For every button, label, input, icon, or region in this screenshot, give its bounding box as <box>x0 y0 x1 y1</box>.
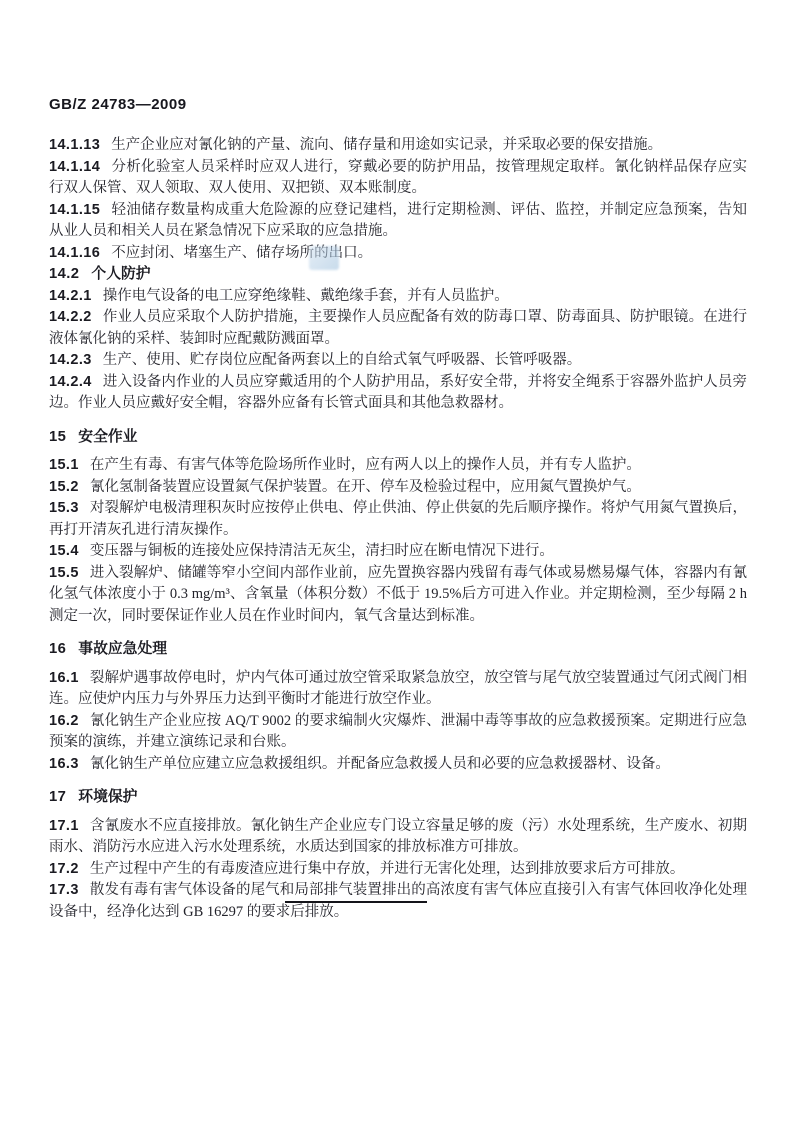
clause-text: 操作电气设备的电工应穿绝缘鞋、戴绝缘手套，并有人员监护。 <box>103 288 509 304</box>
clause-text: 氰化钠生产企业应按 AQ/T 9002 的要求编制火灾爆炸、泄漏中毒等事故的应急… <box>49 713 747 751</box>
clause-paragraph: 16.3氰化钠生产单位应建立应急救援组织。并配备应急救援人员和必要的应急救援器材… <box>49 754 747 776</box>
clause-text: 生产、使用、贮存岗位应配备两套以上的自给式氧气呼吸器、长管呼吸器。 <box>103 352 582 368</box>
standard-number-header: GB/Z 24783—2009 <box>49 96 747 114</box>
section-title: 个人防护 <box>91 266 150 282</box>
end-of-document-rule <box>285 901 427 903</box>
clause-paragraph: 17.1含氰废水不应直接排放。氰化钠生产企业应专门设立容量足够的废（污）水处理系… <box>49 816 747 859</box>
clause-number: 14.2.3 <box>49 352 103 368</box>
clause-text: 轻油储存数量构成重大危险源的应登记建档，进行定期检测、评估、监控，并制定应急预案… <box>49 202 747 240</box>
clause-number: 14.1.14 <box>49 159 111 175</box>
section-title: 环境保护 <box>78 789 137 805</box>
document-page: GB/Z 24783—2009 14.1.13生产企业应对氰化钠的产量、流向、储… <box>0 0 794 1123</box>
clause-text: 进入设备内作业的人员应穿戴适用的个人防护用品，系好安全带，并将安全绳系于容器外监… <box>49 374 747 412</box>
clause-paragraph: 16.1裂解炉遇事故停电时，炉内气体可通过放空管采取紧急放空，放空管与尾气放空装… <box>49 668 747 711</box>
section-title: 安全作业 <box>78 429 137 445</box>
clause-text: 氰化氢制备装置应设置氮气保护装置。在开、停车及检验过程中，应用氮气置换炉气。 <box>90 479 641 495</box>
clause-text: 对裂解炉电极清理积灰时应按停止供电、停止供油、停止供氨的先后顺序操作。将炉气用氮… <box>49 500 747 538</box>
clause-text: 生产企业应对氰化钠的产量、流向、储存量和用途如实记录，并采取必要的保安措施。 <box>111 137 662 153</box>
clause-number: 15.5 <box>49 565 90 581</box>
clause-text: 分析化验室人员采样时应双人进行，穿戴必要的防护用品，按管理规定取样。氰化钠样品保… <box>49 159 747 197</box>
clause-paragraph: 14.1.15轻油储存数量构成重大危险源的应登记建档，进行定期检测、评估、监控，… <box>49 200 747 243</box>
clause-paragraph: 15.5进入裂解炉、储罐等窄小空间内部作业前，应先置换容器内残留有毒气体或易燃易… <box>49 563 747 628</box>
clause-paragraph: 14.2.4进入设备内作业的人员应穿戴适用的个人防护用品，系好安全带，并将安全绳… <box>49 372 747 415</box>
clause-number: 16.1 <box>49 670 90 686</box>
clause-paragraph: 17.2生产过程中产生的有毒废渣应进行集中存放，并进行无害化处理，达到排放要求后… <box>49 859 747 881</box>
clause-number: 15.2 <box>49 479 90 495</box>
section-number: 16 <box>49 641 78 657</box>
section-number: 14.2 <box>49 266 91 282</box>
page-content: GB/Z 24783—2009 14.1.13生产企业应对氰化钠的产量、流向、储… <box>49 96 747 923</box>
clause-text: 作业人员应采取个人防护措施，主要操作人员应配备有效的防毒口罩、防毒面具、防护眼镜… <box>49 309 747 347</box>
clause-number: 17.1 <box>49 818 90 834</box>
clause-text: 在产生有毒、有害气体等危险场所作业时，应有两人以上的操作人员，并有专人监护。 <box>90 457 641 473</box>
clause-number: 14.2.2 <box>49 309 103 325</box>
clause-paragraph: 16.2氰化钠生产企业应按 AQ/T 9002 的要求编制火灾爆炸、泄漏中毒等事… <box>49 711 747 754</box>
section-number: 15 <box>49 429 78 445</box>
clause-paragraph: 15.4变压器与铜板的连接处应保持清洁无灰尘，清扫时应在断电情况下进行。 <box>49 541 747 563</box>
clause-paragraph: 14.2.2作业人员应采取个人防护措施，主要操作人员应配备有效的防毒口罩、防毒面… <box>49 307 747 350</box>
watermark-stamp <box>309 246 339 270</box>
clause-number: 15.1 <box>49 457 90 473</box>
section-heading: 15安全作业 <box>49 427 747 449</box>
clause-paragraph: 14.2.1操作电气设备的电工应穿绝缘鞋、戴绝缘手套，并有人员监护。 <box>49 286 747 308</box>
clause-number: 16.2 <box>49 713 90 729</box>
clause-text: 生产过程中产生的有毒废渣应进行集中存放，并进行无害化处理，达到排放要求后方可排放… <box>90 861 685 877</box>
clause-paragraph: 14.1.14分析化验室人员采样时应双人进行，穿戴必要的防护用品，按管理规定取样… <box>49 157 747 200</box>
clause-number: 15.3 <box>49 500 90 516</box>
clause-number: 15.4 <box>49 543 90 559</box>
clause-text: 含氰废水不应直接排放。氰化钠生产企业应专门设立容量足够的废（污）水处理系统，生产… <box>49 818 747 856</box>
clause-number: 14.2.4 <box>49 374 103 390</box>
clause-number: 14.1.13 <box>49 137 111 153</box>
section-title: 事故应急处理 <box>78 641 167 657</box>
clause-text: 变压器与铜板的连接处应保持清洁无灰尘，清扫时应在断电情况下进行。 <box>90 543 554 559</box>
clause-number: 14.1.15 <box>49 202 111 218</box>
clause-number: 14.2.1 <box>49 288 103 304</box>
clause-text: 裂解炉遇事故停电时，炉内气体可通过放空管采取紧急放空，放空管与尾气放空装置通过气… <box>49 670 747 708</box>
clause-number: 17.3 <box>49 882 90 898</box>
clause-text: 氰化钠生产单位应建立应急救援组织。并配备应急救援人员和必要的应急救援器材、设备。 <box>90 756 670 772</box>
clause-paragraph: 14.2.3生产、使用、贮存岗位应配备两套以上的自给式氧气呼吸器、长管呼吸器。 <box>49 350 747 372</box>
section-number: 17 <box>49 789 78 805</box>
clause-paragraph: 15.2氰化氢制备装置应设置氮气保护装置。在开、停车及检验过程中，应用氮气置换炉… <box>49 477 747 499</box>
clause-number: 16.3 <box>49 756 90 772</box>
clause-text: 进入裂解炉、储罐等窄小空间内部作业前，应先置换容器内残留有毒气体或易燃易爆气体，… <box>49 565 747 624</box>
clause-paragraph: 14.1.16不应封闭、堵塞生产、储存场所的出口。 <box>49 243 747 265</box>
clause-number: 14.1.16 <box>49 245 111 261</box>
clause-paragraph: 15.1在产生有毒、有害气体等危险场所作业时，应有两人以上的操作人员，并有专人监… <box>49 455 747 477</box>
section-heading: 16事故应急处理 <box>49 639 747 661</box>
section-heading: 14.2个人防护 <box>49 264 747 286</box>
clause-paragraph: 14.1.13生产企业应对氰化钠的产量、流向、储存量和用途如实记录，并采取必要的… <box>49 135 747 157</box>
clause-number: 17.2 <box>49 861 90 877</box>
document-body: 14.1.13生产企业应对氰化钠的产量、流向、储存量和用途如实记录，并采取必要的… <box>49 135 747 923</box>
section-heading: 17环境保护 <box>49 787 747 809</box>
clause-paragraph: 15.3对裂解炉电极清理积灰时应按停止供电、停止供油、停止供氨的先后顺序操作。将… <box>49 498 747 541</box>
